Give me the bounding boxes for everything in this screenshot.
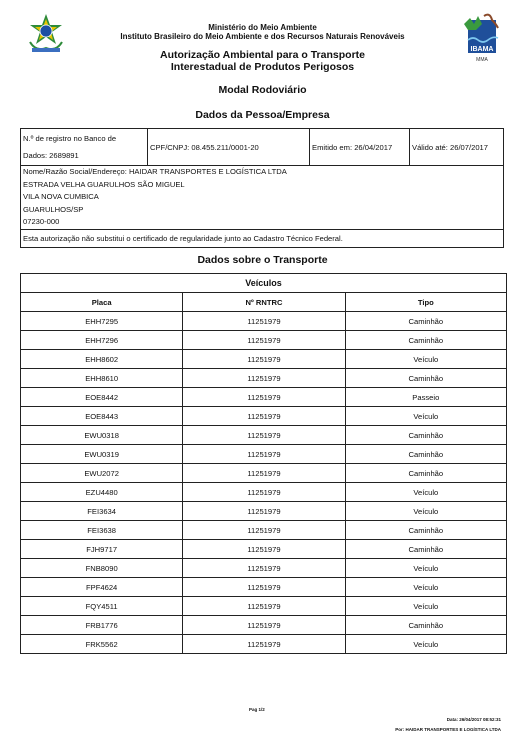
footer-author: Por: HAIDAR TRANSPORTES E LOGÍSTICA LTDA xyxy=(395,727,501,732)
placa-cell: EWU0319 xyxy=(21,445,183,464)
placa-cell: EHH8602 xyxy=(21,350,183,369)
table-row: EHH860211251979Veículo xyxy=(21,350,507,369)
placa-cell: EHH8610 xyxy=(21,369,183,388)
rntrc-cell: 11251979 xyxy=(183,540,345,559)
rntrc-cell: 11251979 xyxy=(183,521,345,540)
footer-date: Data: 26/04/2017 08:52:31 xyxy=(447,717,501,722)
rntrc-cell: 11251979 xyxy=(183,331,345,350)
tipo-cell: Veículo xyxy=(345,483,506,502)
column-header-rntrc: Nº RNTRC xyxy=(183,293,345,312)
table-row: FEI363411251979Veículo xyxy=(21,502,507,521)
tipo-cell: Passeio xyxy=(345,388,506,407)
tipo-cell: Caminhão xyxy=(345,426,506,445)
placa-cell: EWU2072 xyxy=(21,464,183,483)
modal-heading: Modal Rodoviário xyxy=(0,84,525,96)
placa-cell: FRK5562 xyxy=(21,635,183,654)
rntrc-cell: 11251979 xyxy=(183,464,345,483)
tipo-cell: Veículo xyxy=(345,407,506,426)
vehicles-table: Veículos Placa Nº RNTRC Tipo EHH72951125… xyxy=(20,273,507,654)
rntrc-cell: 11251979 xyxy=(183,597,345,616)
rntrc-cell: 11251979 xyxy=(183,635,345,654)
tipo-cell: Caminhão xyxy=(345,312,506,331)
placa-cell: FQY4511 xyxy=(21,597,183,616)
column-header-placa: Placa xyxy=(21,293,183,312)
tipo-cell: Caminhão xyxy=(345,616,506,635)
tipo-cell: Caminhão xyxy=(345,464,506,483)
address-cell: Nome/Razão Social/Endereço: HAIDAR TRANS… xyxy=(21,166,504,230)
column-header-tipo: Tipo xyxy=(345,293,506,312)
table-row: FEI363811251979Caminhão xyxy=(21,521,507,540)
rntrc-cell: 11251979 xyxy=(183,483,345,502)
table-row: EZU448011251979Veículo xyxy=(21,483,507,502)
rntrc-cell: 11251979 xyxy=(183,445,345,464)
placa-cell: FEI3638 xyxy=(21,521,183,540)
registro-cell: N.º de registro no Banco de Dados: 26898… xyxy=(21,129,148,166)
placa-cell: FEI3634 xyxy=(21,502,183,521)
tipo-cell: Veículo xyxy=(345,350,506,369)
placa-cell: EWU0318 xyxy=(21,426,183,445)
rntrc-cell: 11251979 xyxy=(183,559,345,578)
tipo-cell: Veículo xyxy=(345,502,506,521)
placa-cell: EHH7295 xyxy=(21,312,183,331)
tipo-cell: Veículo xyxy=(345,635,506,654)
company-info-row: N.º de registro no Banco de Dados: 26898… xyxy=(21,129,504,166)
table-row: EWU207211251979Caminhão xyxy=(21,464,507,483)
rntrc-cell: 11251979 xyxy=(183,616,345,635)
rntrc-cell: 11251979 xyxy=(183,578,345,597)
address-row: Nome/Razão Social/Endereço: HAIDAR TRANS… xyxy=(21,166,504,230)
vehicles-body: EHH729511251979CaminhãoEHH729611251979Ca… xyxy=(21,312,507,654)
tipo-cell: Veículo xyxy=(345,578,506,597)
address-line: Nome/Razão Social/Endereço: HAIDAR TRANS… xyxy=(23,166,501,179)
registro-line1: N.º de registro no Banco de xyxy=(23,130,145,147)
tipo-cell: Caminhão xyxy=(345,445,506,464)
company-section-title: Dados da Pessoa/Empresa xyxy=(0,109,525,121)
tipo-cell: Caminhão xyxy=(345,521,506,540)
institute-heading: Instituto Brasileiro do Meio Ambiente e … xyxy=(0,32,525,42)
document-title-line2: Interestadual de Produtos Perigosos xyxy=(0,61,525,73)
table-row: FRB177611251979Caminhão xyxy=(21,616,507,635)
regularity-note: Esta autorização não substitui o certifi… xyxy=(21,229,504,247)
table-row: EHH729611251979Caminhão xyxy=(21,331,507,350)
registro-line2: Dados: 2689891 xyxy=(23,147,145,164)
address-line: 07230-000 xyxy=(23,216,501,229)
placa-cell: EOE8443 xyxy=(21,407,183,426)
vehicles-caption-row: Veículos xyxy=(21,274,507,293)
rntrc-cell: 11251979 xyxy=(183,350,345,369)
placa-cell: FJH9717 xyxy=(21,540,183,559)
emitido-cell: Emitido em: 26/04/2017 xyxy=(310,129,410,166)
rntrc-cell: 11251979 xyxy=(183,502,345,521)
placa-cell: FPF4624 xyxy=(21,578,183,597)
tipo-cell: Veículo xyxy=(345,597,506,616)
address-line: GUARULHOS/SP xyxy=(23,204,501,217)
table-row: FQY451111251979Veículo xyxy=(21,597,507,616)
placa-cell: EHH7296 xyxy=(21,331,183,350)
cpf-cnpj-cell: CPF/CNPJ: 08.455.211/0001-20 xyxy=(148,129,310,166)
page-number: Pag 1/2 xyxy=(249,707,265,712)
rntrc-cell: 11251979 xyxy=(183,426,345,445)
tipo-cell: Veículo xyxy=(345,559,506,578)
rntrc-cell: 11251979 xyxy=(183,388,345,407)
vehicles-header-row: Placa Nº RNTRC Tipo xyxy=(21,293,507,312)
table-row: EWU031811251979Caminhão xyxy=(21,426,507,445)
table-row: FPF462411251979Veículo xyxy=(21,578,507,597)
transport-section-title: Dados sobre o Transporte xyxy=(0,254,525,266)
placa-cell: FNB8090 xyxy=(21,559,183,578)
table-row: EHH861011251979Caminhão xyxy=(21,369,507,388)
table-row: EOE844211251979Passeio xyxy=(21,388,507,407)
address-line: VILA NOVA CUMBICA xyxy=(23,191,501,204)
table-row: EWU031911251979Caminhão xyxy=(21,445,507,464)
tipo-cell: Caminhão xyxy=(345,369,506,388)
note-row: Esta autorização não substitui o certifi… xyxy=(21,229,504,247)
placa-cell: EZU4480 xyxy=(21,483,183,502)
valido-cell: Válido até: 26/07/2017 xyxy=(410,129,504,166)
tipo-cell: Caminhão xyxy=(345,331,506,350)
table-row: EOE844311251979Veículo xyxy=(21,407,507,426)
vehicles-caption: Veículos xyxy=(21,274,507,293)
table-row: EHH729511251979Caminhão xyxy=(21,312,507,331)
rntrc-cell: 11251979 xyxy=(183,312,345,331)
rntrc-cell: 11251979 xyxy=(183,407,345,426)
document-title-line1: Autorização Ambiental para o Transporte xyxy=(0,49,525,61)
table-row: FRK556211251979Veículo xyxy=(21,635,507,654)
company-table: N.º de registro no Banco de Dados: 26898… xyxy=(20,128,504,248)
placa-cell: FRB1776 xyxy=(21,616,183,635)
address-line: ESTRADA VELHA GUARULHOS SÃO MIGUEL xyxy=(23,179,501,192)
tipo-cell: Caminhão xyxy=(345,540,506,559)
table-row: FJH971711251979Caminhão xyxy=(21,540,507,559)
placa-cell: EOE8442 xyxy=(21,388,183,407)
rntrc-cell: 11251979 xyxy=(183,369,345,388)
table-row: FNB809011251979Veículo xyxy=(21,559,507,578)
